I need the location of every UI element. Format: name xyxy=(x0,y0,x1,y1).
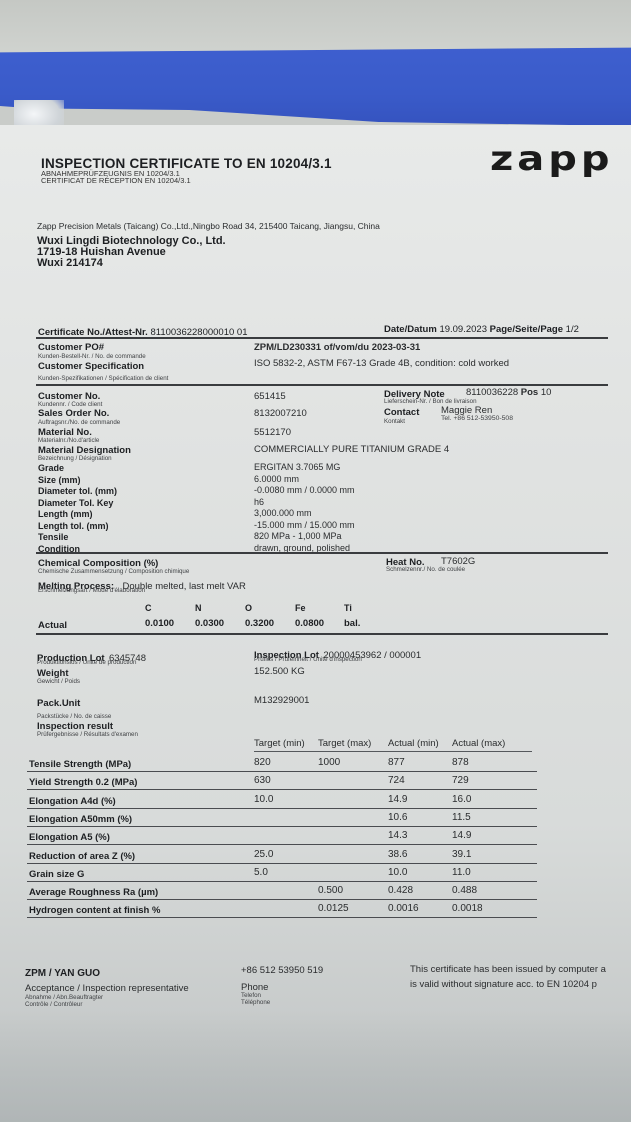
material-designation-value: COMMERCIALLY PURE TITANIUM GRADE 4 xyxy=(254,444,449,455)
results-row-name: Reduction of area Z (%) xyxy=(29,851,135,862)
results-cell-amin: 38.6 xyxy=(388,849,407,860)
results-cell-amin: 14.3 xyxy=(388,830,407,841)
results-row: Elongation A50mm (%)10.611.5 xyxy=(27,809,537,827)
pack-unit-value: M132929001 xyxy=(254,695,309,706)
inspector-role: Acceptance / Inspection representative xyxy=(25,983,189,994)
delivery-note-value: 8110036228 Pos 10 xyxy=(466,387,551,398)
results-cell-amax: 878 xyxy=(452,757,469,768)
results-row: Elongation A5 (%)14.314.9 xyxy=(27,827,537,845)
results-row: Average Roughness Ra (µm)0.5000.4280.488 xyxy=(27,882,537,900)
contact-sub: Kontakt xyxy=(384,418,405,425)
weight-value: 152.500 KG xyxy=(254,666,305,677)
computer-issued-notice-1: This certificate has been issued by comp… xyxy=(410,964,606,975)
page-value: 1/2 xyxy=(566,324,579,335)
results-cell-amax: 11.5 xyxy=(452,812,471,823)
zapp-logo: zapp xyxy=(490,139,614,178)
chemistry-element-value: 0.0300 xyxy=(195,618,224,629)
spec-value: h6 xyxy=(254,497,264,507)
footer-phone-fr: Téléphone xyxy=(241,999,270,1006)
results-cell-amin: 14.9 xyxy=(388,794,407,805)
inspector-role-fr: Contrôle / Contrôleur xyxy=(25,1001,82,1008)
results-cell-amax: 0.488 xyxy=(452,885,477,896)
customer-spec-sub: Kunden-Spezifikationen / Spécification d… xyxy=(38,375,168,382)
date-label: Date/Datum xyxy=(384,324,437,335)
chemistry-element-header: O xyxy=(245,603,252,613)
chemical-composition-sub: Chemische Zusammensetzung / Composition … xyxy=(38,568,189,575)
results-cell-amax: 14.9 xyxy=(452,830,471,841)
melting-process-sub: Erschmelzungsart / Mode d'élaboration xyxy=(38,587,145,594)
spec-value: 3,000.000 mm xyxy=(254,508,312,518)
results-row-name: Grain size G xyxy=(29,869,84,880)
delivery-pos-label: Pos xyxy=(521,387,538,398)
inspection-result-sub: Prüfergebnisse / Résultats d'examen xyxy=(37,731,138,738)
results-cell-tmin: 820 xyxy=(254,757,271,768)
recipient-city: Wuxi 214174 xyxy=(37,258,103,269)
spec-value: -15.000 mm / 15.000 mm xyxy=(254,520,355,530)
results-row: Elongation A4d (%)10.014.916.0 xyxy=(27,791,537,809)
results-cell-tmax: 0.500 xyxy=(318,885,343,896)
results-row: Reduction of area Z (%)25.038.639.1 xyxy=(27,846,537,864)
results-cell-amax: 39.1 xyxy=(452,849,471,860)
results-column-header: Actual (max) xyxy=(452,738,505,749)
results-column-header: Target (max) xyxy=(318,738,371,749)
contact-label: Contact xyxy=(384,407,419,418)
results-cell-tmin: 630 xyxy=(254,775,271,786)
divider xyxy=(36,633,608,635)
heat-no-value: T7602G xyxy=(441,556,475,567)
spec-label: Size (mm) xyxy=(38,475,81,485)
results-cell-tmin: 5.0 xyxy=(254,867,268,878)
results-row-name: Average Roughness Ra (µm) xyxy=(29,887,158,898)
spec-value: -0.0080 mm / 0.0000 mm xyxy=(254,485,355,495)
results-cell-amin: 10.0 xyxy=(388,867,407,878)
chemistry-element-header: Ti xyxy=(344,603,352,613)
results-cell-tmax: 0.0125 xyxy=(318,903,349,914)
pack-unit-label: Pack.Unit xyxy=(37,698,80,709)
sales-order-label: Sales Order No. xyxy=(38,408,109,419)
spec-label: Length (mm) xyxy=(38,509,93,519)
divider xyxy=(36,552,608,554)
results-cell-amax: 0.0018 xyxy=(452,903,483,914)
footer-phone-de: Telefon xyxy=(241,992,261,999)
results-cell-amax: 729 xyxy=(452,775,469,786)
material-no-value: 5512170 xyxy=(254,427,291,438)
inspection-lot-sub: Prüflos / Prüfeinheit / Unité d'inspecti… xyxy=(254,656,362,663)
spec-label: Tensile xyxy=(38,532,68,542)
customer-po-value: ZPM/LD230331 of/vom/du 2023-03-31 xyxy=(254,342,420,353)
results-column-header: Target (min) xyxy=(254,738,305,749)
spec-value: 820 MPa - 1,000 MPa xyxy=(254,531,342,541)
results-cell-amax: 16.0 xyxy=(452,794,471,805)
contact-phone: Tel. +86 512-53950-508 xyxy=(441,415,513,422)
results-row: Yield Strength 0.2 (MPa)630724729 xyxy=(27,772,537,790)
results-row-name: Hydrogen content at finish % xyxy=(29,905,160,916)
customer-spec-value: ISO 5832-2, ASTM F67-13 Grade 4B, condit… xyxy=(254,358,509,369)
inspector-name: ZPM / YAN GUO xyxy=(25,968,100,979)
customer-spec-label: Customer Specification xyxy=(38,361,144,372)
chemistry-element-value: 0.3200 xyxy=(245,618,274,629)
results-row-name: Tensile Strength (MPa) xyxy=(29,759,131,770)
results-cell-tmax: 1000 xyxy=(318,757,340,768)
pack-unit-sub: Packstücke / No. de caisse xyxy=(37,713,111,720)
chemistry-element-header: N xyxy=(195,603,202,613)
spec-label: Diameter Tol. Key xyxy=(38,498,113,508)
results-row-name: Elongation A5 (%) xyxy=(29,832,110,843)
material-designation-sub: Bezeichnung / Désignation xyxy=(38,455,112,462)
date-value: 19.09.2023 xyxy=(439,324,487,335)
production-lot-sub: Produktionslos / Unité de production xyxy=(37,659,136,666)
customer-no-value: 651415 xyxy=(254,391,286,402)
material-no-sub: Materialnr./No.d'article xyxy=(38,437,99,444)
chemistry-element-value: 0.0800 xyxy=(295,618,324,629)
results-cell-amax: 11.0 xyxy=(452,867,471,878)
customer-no-sub: Kundennr. / Code client xyxy=(38,401,102,408)
results-cell-amin: 0.0016 xyxy=(388,903,419,914)
inspector-role-de: Abnahme / Abn.Beauftragter xyxy=(25,994,103,1001)
paper-shadow xyxy=(0,1010,631,1122)
results-row: Tensile Strength (MPa)8201000877878 xyxy=(27,754,537,772)
delivery-note-sub: Lieferschein-Nr. / Bon de livraison xyxy=(384,398,477,405)
spec-label: Length tol. (mm) xyxy=(38,521,109,531)
footer-phone-number: +86 512 53950 519 xyxy=(241,965,323,976)
results-cell-amin: 724 xyxy=(388,775,405,786)
weight-sub: Gewicht / Poids xyxy=(37,678,80,685)
divider xyxy=(36,337,608,339)
sales-order-sub: Auftragsnr./No. de commande xyxy=(38,419,120,426)
divider xyxy=(36,384,608,386)
spec-label: Diameter tol. (mm) xyxy=(38,486,117,496)
results-cell-amin: 877 xyxy=(388,757,405,768)
customer-po-label: Customer PO# xyxy=(38,342,104,353)
certificate-subtitle-fr: CERTIFICAT DE RÉCEPTION EN 10204/3.1 xyxy=(41,177,191,185)
chemistry-actual-label: Actual xyxy=(38,620,67,631)
chemistry-element-value: bal. xyxy=(344,618,360,629)
results-cell-tmin: 10.0 xyxy=(254,794,273,805)
spec-value: 6.0000 mm xyxy=(254,474,299,484)
delivery-note-number: 8110036228 xyxy=(466,387,518,398)
sales-order-value: 8132007210 xyxy=(254,408,307,419)
delivery-pos-value: 10 xyxy=(541,387,552,398)
chemistry-element-header: C xyxy=(145,603,152,613)
spec-label: Grade xyxy=(38,463,64,473)
results-row-name: Elongation A4d (%) xyxy=(29,796,116,807)
results-row: Hydrogen content at finish %0.01250.0016… xyxy=(27,900,537,918)
blue-folder-band xyxy=(0,46,631,126)
results-row-name: Yield Strength 0.2 (MPa) xyxy=(29,777,137,788)
heat-no-sub: Schmelzennr./ No. de coulée xyxy=(386,566,465,573)
page-label: Page/Seite/Page xyxy=(490,324,563,335)
results-row: Grain size G5.010.011.0 xyxy=(27,864,537,882)
chemistry-element-header: Fe xyxy=(295,603,306,613)
results-cell-amin: 10.6 xyxy=(388,812,407,823)
results-column-header: Actual (min) xyxy=(388,738,439,749)
computer-issued-notice-2: is valid without signature acc. to EN 10… xyxy=(410,979,597,990)
customer-po-sub: Kunden-Bestell-Nr. / No. de commande xyxy=(38,353,146,360)
results-row-name: Elongation A50mm (%) xyxy=(29,814,132,825)
results-cell-tmin: 25.0 xyxy=(254,849,273,860)
chemistry-element-value: 0.0100 xyxy=(145,618,174,629)
issuer-address: Zapp Precision Metals (Taicang) Co.,Ltd.… xyxy=(37,221,380,231)
spec-value: ERGITAN 3.7065 MG xyxy=(254,462,340,472)
date-page-row: Date/Datum 19.09.2023 Page/Seite/Page 1/… xyxy=(384,324,579,335)
results-cell-amin: 0.428 xyxy=(388,885,413,896)
divider xyxy=(254,751,532,752)
spec-value: drawn, ground, polished xyxy=(254,543,350,553)
